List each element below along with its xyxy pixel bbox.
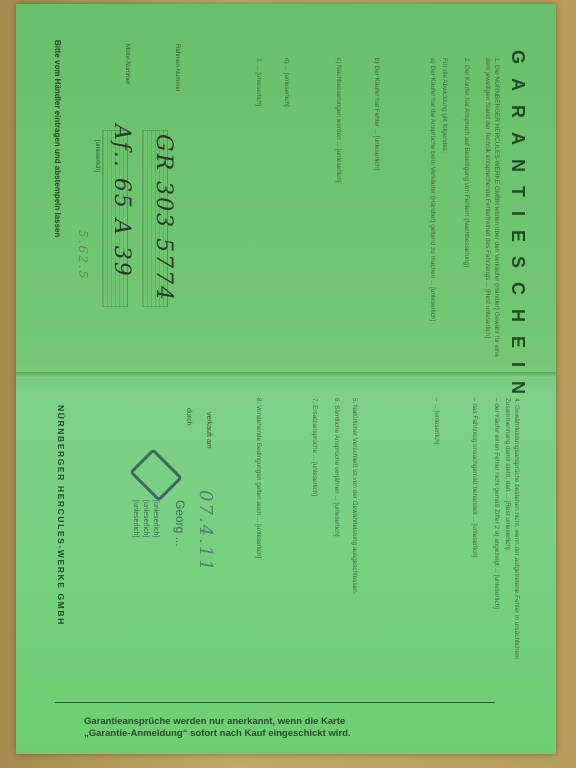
motor-number-value: Af.. 65 A 39	[109, 124, 134, 278]
paragraph-abwicklung: Für die Abwicklung gilt folgendes:	[439, 58, 448, 358]
dealer-stamp-line-1: [unleserlich]	[151, 500, 160, 537]
paragraph-d: d) ... [unleserlich]	[281, 58, 290, 358]
dealer-stamp-name: Georg ...	[175, 500, 184, 547]
dealer-stamp-line-2: [unleserlich]	[141, 500, 150, 537]
footer-note-line-1: Garantieansprüche werden nur anerkannt, …	[84, 716, 484, 728]
footer-rule	[55, 702, 495, 703]
sold-by-label: durch	[185, 408, 192, 426]
footer-note-line-2: „Garantie-Anmeldung“ sofort nach Kauf ei…	[84, 728, 484, 740]
card-fold-line	[16, 372, 556, 378]
sold-on-date: 07.4.11	[195, 490, 216, 573]
paragraph-4-dash-1: – der Käufer einen Fehler nicht gemäß Zi…	[491, 398, 500, 688]
faint-stamp-mark: 5.62.5	[76, 230, 90, 280]
paragraph-2: 2. Der Käufer hat Anspruch auf Beseitigu…	[461, 58, 470, 358]
motor-number-label: Motor-Nummer	[124, 44, 130, 84]
paragraph-4: 4. Gewährleistungsansprüche bestehen nic…	[503, 398, 520, 688]
paragraph-4-dash-2: – das Fahrzeug unsachgemäß behandelt ...…	[469, 398, 478, 688]
dealer-instruction: Bitte vom Händler eintragen und abstempe…	[53, 40, 62, 237]
paragraph-b: b) Der Käufer hat Fehler ... [unleserlic…	[371, 58, 380, 358]
paragraph-7: 7. Ersatzansprüche ... [unleserlich]	[309, 398, 318, 688]
footer-note: Garantieansprüche werden nur anerkannt, …	[84, 716, 484, 740]
paragraph-3: 3. ... [unleserlich]	[253, 58, 262, 358]
paragraph-5: 5. Natürlicher Verschleiß ist von der Ge…	[349, 398, 358, 688]
paragraph-8: 8. Vorstehende Bedingungen gelten auch .…	[253, 398, 262, 688]
company-name: NÜRNBERGER HERCULES-WERKE GMBH	[56, 405, 66, 626]
paragraph-1: 1. Die NÜRNBERGER HERCULES-WERKE GMBH le…	[483, 58, 500, 358]
paragraph-6: 6. Sämtliche Ansprüche verjähren ... [un…	[331, 398, 340, 688]
frame-number-value: GR 303 5774	[151, 134, 176, 302]
paragraph-4-dash-3: – ... [unleserlich]	[431, 398, 440, 688]
document-title: GARANTIESCHEIN	[507, 50, 528, 408]
dealer-stamp-line-3: [unleserlich]	[131, 500, 140, 537]
frame-number-label: Rahmen-Nummer	[174, 44, 180, 92]
small-note: [unleserlich]	[94, 140, 100, 172]
sold-on-label: verkauft am	[205, 412, 212, 449]
paragraph-c: c) Nachbesserungen werden ... [unleserli…	[333, 58, 342, 358]
paragraph-a: a) Der Käufer hat die Ansprüche beim Ver…	[427, 58, 436, 358]
